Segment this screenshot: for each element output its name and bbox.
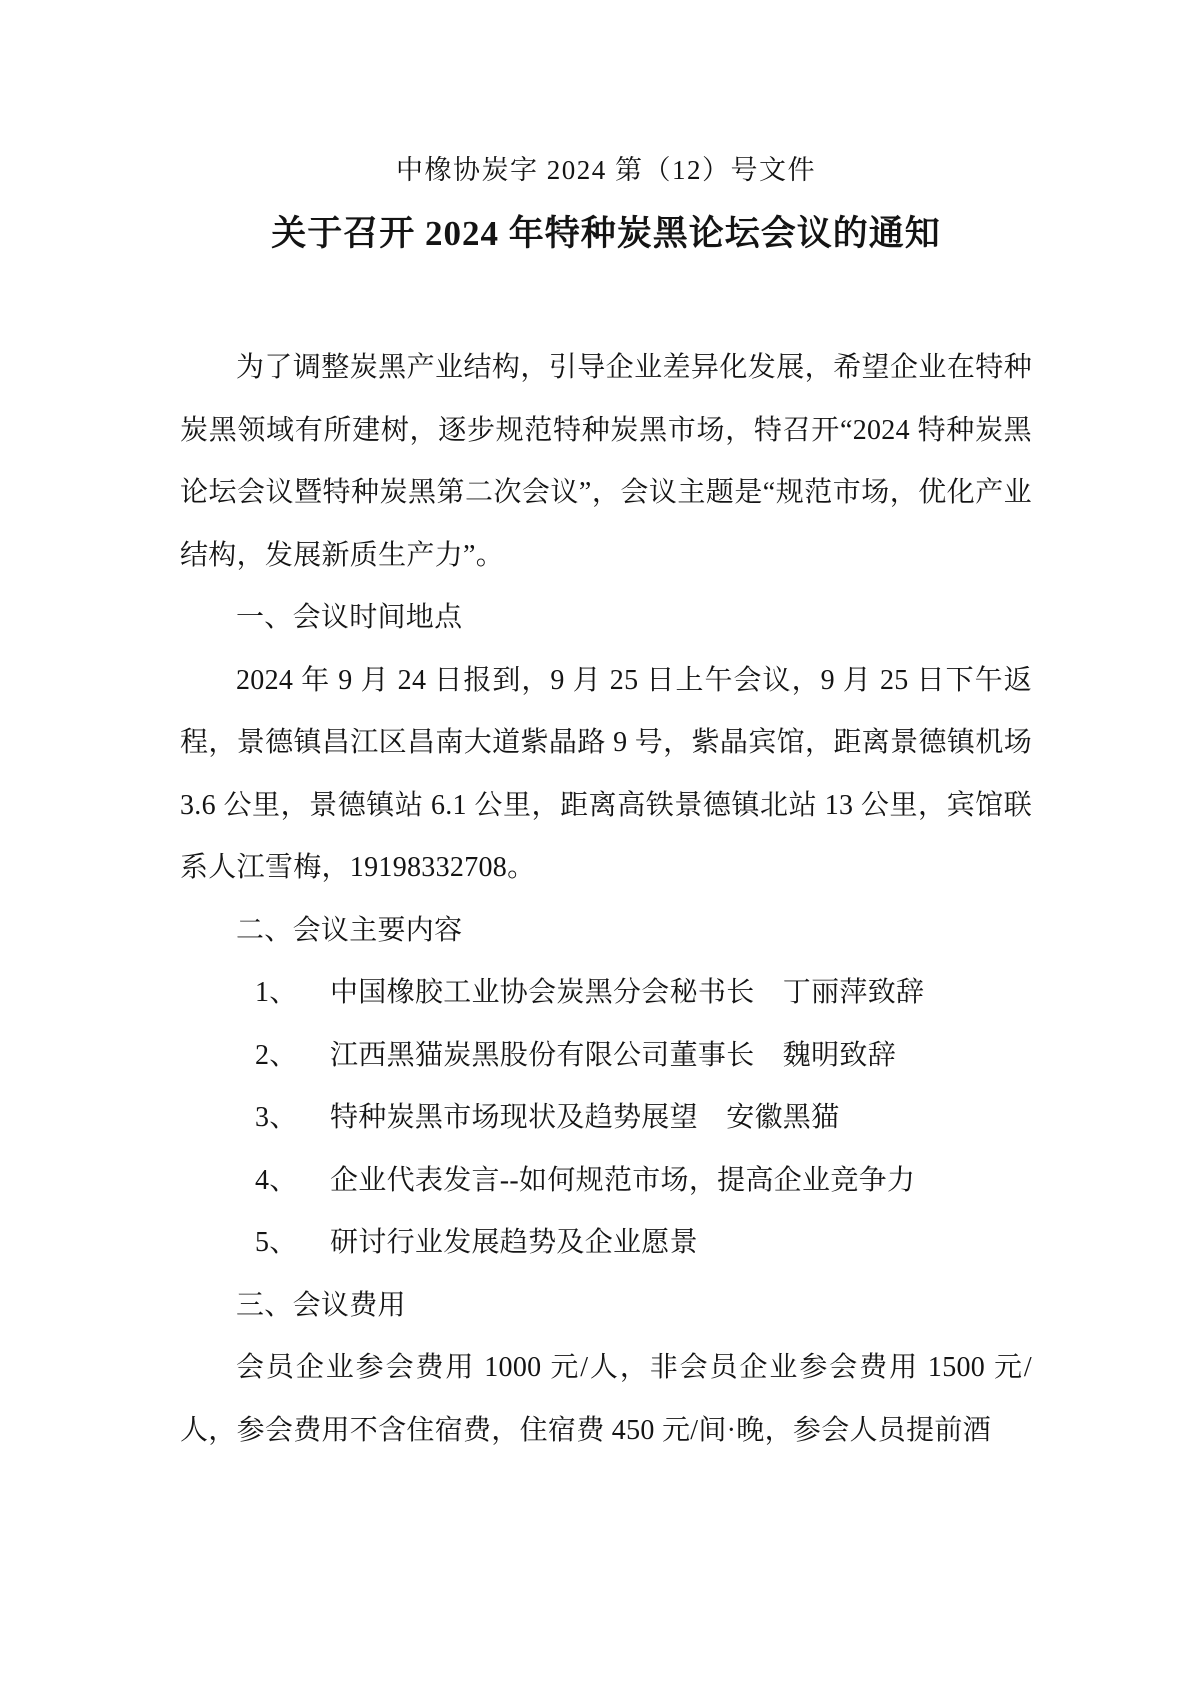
list-item: 4、企业代表发言--如何规范市场，提高企业竞争力 — [180, 1150, 1032, 1213]
list-item-text: 江西黑猫炭黑股份有限公司董事长 魏明致辞 — [330, 1040, 896, 1071]
list-item-text: 特种炭黑市场现状及趋势展望 安徽黑猫 — [330, 1102, 839, 1133]
list-item: 1、中国橡胶工业协会炭黑分会秘书长 丁丽萍致辞 — [180, 962, 1032, 1025]
intro-paragraph: 为了调整炭黑产业结构，引导企业差异化发展，希望企业在特种炭黑领域有所建树，逐步规… — [180, 337, 1032, 587]
section2-heading: 二、会议主要内容 — [180, 900, 1032, 963]
list-item: 5、研讨行业发展趋势及企业愿景 — [180, 1212, 1032, 1275]
section1-heading: 一、会议时间地点 — [180, 587, 1032, 650]
page-title: 关于召开 2024 年特种炭黑论坛会议的通知 — [180, 211, 1032, 257]
doc-number: 中橡协炭字 2024 第（12）号文件 — [180, 155, 1032, 185]
doc-body: 为了调整炭黑产业结构，引导企业差异化发展，希望企业在特种炭黑领域有所建树，逐步规… — [180, 337, 1032, 1462]
list-item-text: 中国橡胶工业协会炭黑分会秘书长 丁丽萍致辞 — [330, 977, 924, 1008]
section3-heading: 三、会议费用 — [180, 1275, 1032, 1338]
list-item-number: 1、 — [255, 962, 330, 1025]
list-item-number: 3、 — [255, 1087, 330, 1150]
list-item-text: 研讨行业发展趋势及企业愿景 — [330, 1227, 698, 1258]
list-item-text: 企业代表发言--如何规范市场，提高企业竞争力 — [330, 1165, 915, 1196]
list-item-number: 4、 — [255, 1150, 330, 1213]
list-item-number: 2、 — [255, 1025, 330, 1088]
section3-paragraph: 会员企业参会费用 1000 元/人，非会员企业参会费用 1500 元/人，参会费… — [180, 1337, 1032, 1462]
section1-paragraph: 2024 年 9 月 24 日报到，9 月 25 日上午会议，9 月 25 日下… — [180, 650, 1032, 900]
list-item: 2、江西黑猫炭黑股份有限公司董事长 魏明致辞 — [180, 1025, 1032, 1088]
list-item-number: 5、 — [255, 1212, 330, 1275]
document-page: 中橡协炭字 2024 第（12）号文件 关于召开 2024 年特种炭黑论坛会议的… — [0, 0, 1200, 1696]
list-item: 3、特种炭黑市场现状及趋势展望 安徽黑猫 — [180, 1087, 1032, 1150]
